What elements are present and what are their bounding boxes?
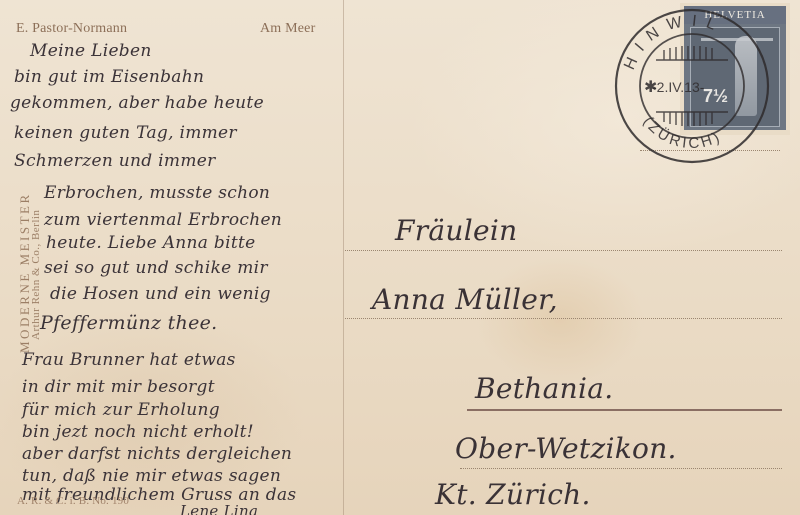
message-line: in dir mit mir besorgt <box>22 377 215 397</box>
message-line: Lene Lina <box>180 502 258 515</box>
message-line: aber darfst nichts dergleichen <box>22 444 292 464</box>
address-salutation: Fräulein <box>395 214 517 247</box>
message-line: bin gut im Eisenbahn <box>14 67 204 87</box>
address-line-2 <box>345 318 782 319</box>
message-line: Pfeffermünz thee. <box>40 312 218 334</box>
message-line: tun, daß nie mir etwas sagen <box>22 466 281 486</box>
message-line: Frau Brunner hat etwas <box>22 350 236 370</box>
message-line: bin jezt noch nicht erholt! <box>22 422 254 442</box>
message-line: die Hosen und ein wenig <box>50 284 271 304</box>
message-line: heute. Liebe Anna bitte <box>46 233 255 253</box>
circular-postmark-icon: HINWIL (ZÜRICH) ✱ -2.IV.13- <box>614 8 770 164</box>
message-line: sei so gut und schike mir <box>44 258 268 278</box>
message-line: zum viertenmal Erbrochen <box>44 210 282 230</box>
artwork-title: Am Meer <box>260 21 315 37</box>
postcard-back: E. Pastor-Normann Am Meer MODERNE MEISTE… <box>0 0 800 515</box>
svg-text:-2.IV.13-: -2.IV.13- <box>652 79 705 95</box>
address-line-4 <box>460 468 782 469</box>
address-canton: Kt. Zürich. <box>435 478 591 511</box>
center-divider-line <box>343 0 344 515</box>
message-line: Meine Lieben <box>30 41 152 61</box>
series-code: A. R. & C. i. B. No. 190 <box>17 495 129 507</box>
address-town: Ober-Wetzikon. <box>455 432 677 465</box>
message-line: Schmerzen und immer <box>14 151 216 171</box>
message-line: gekommen, aber habe heute <box>10 93 264 113</box>
svg-text:HINWIL: HINWIL <box>621 12 726 72</box>
address-institution: Bethania. <box>475 372 613 405</box>
message-line: Erbrochen, musste schon <box>44 183 270 203</box>
address-line-1 <box>345 250 782 251</box>
message-line: keinen guten Tag, immer <box>14 123 237 143</box>
message-line: für mich zur Erholung <box>22 400 220 420</box>
address-name: Anna Müller, <box>372 283 558 316</box>
artist-caption: E. Pastor-Normann <box>16 21 127 37</box>
address-line-3 <box>467 409 782 411</box>
